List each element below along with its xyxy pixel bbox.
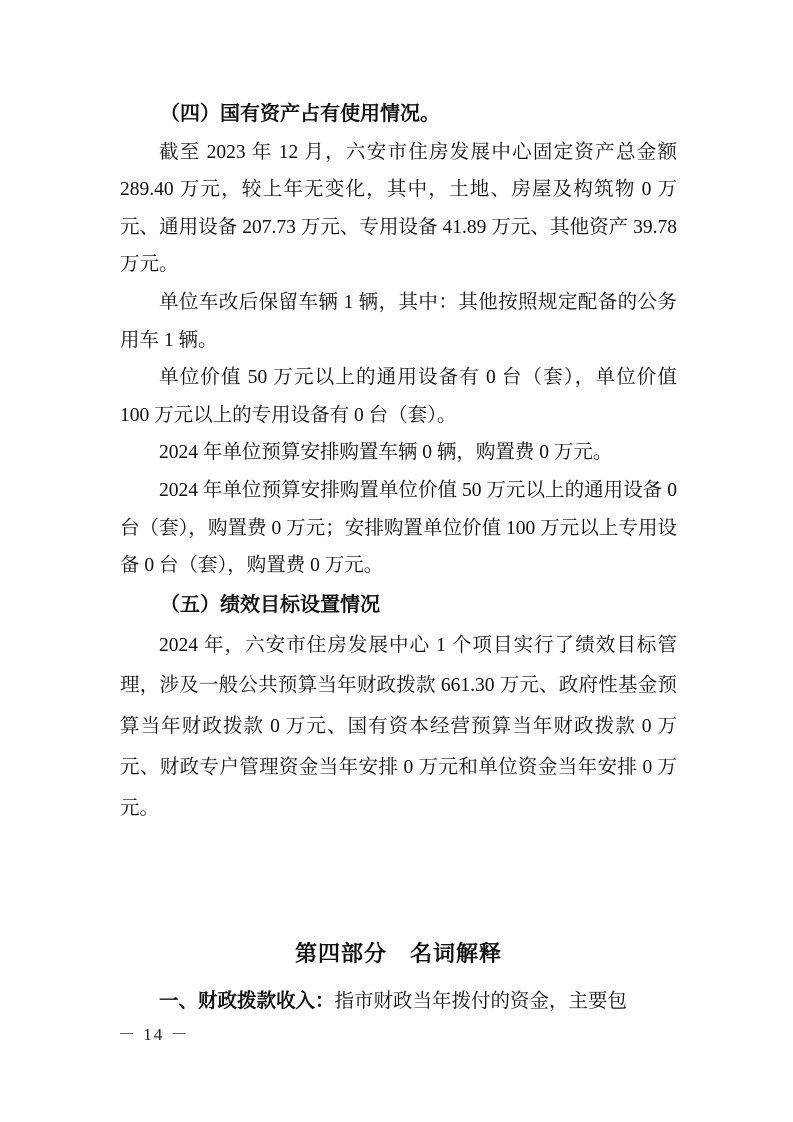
- para-2024-vehicle-purchase-budget: 2024 年单位预算安排购置车辆 0 辆，购置费 0 万元。: [120, 434, 677, 472]
- para-term-definition: 一、财政拨款收入：指市财政当年拨付的资金，主要包: [120, 981, 677, 1022]
- section-performance-targets: （五）绩效目标设置情况 2024 年，六安市住房发展中心 1 个项目实行了绩效目…: [120, 585, 677, 830]
- page-body: （四）国有资产占有使用情况。 截至 2023 年 12 月，六安市住房发展中心固…: [120, 96, 677, 1022]
- section5-heading: （五）绩效目标设置情况: [120, 585, 677, 626]
- para-fixed-assets-total: 截至 2023 年 12 月，六安市住房发展中心固定资产总金额 289.40 万…: [120, 134, 677, 284]
- para-high-value-equipment: 单位价值 50 万元以上的通用设备有 0 台（套），单位价值 100 万元以上的…: [120, 359, 677, 434]
- para-2024-equipment-purchase-budget: 2024 年单位预算安排购置单位价值 50 万元以上的通用设备 0 台（套），购…: [120, 472, 677, 585]
- term-definition-text: 指市财政当年拨付的资金，主要包: [335, 991, 628, 1012]
- section4-heading: （四）国有资产占有使用情况。: [120, 96, 677, 134]
- term-definition-label: 一、财政拨款收入：: [159, 990, 335, 1012]
- page-number: － 14 －: [118, 1020, 190, 1045]
- document-page: （四）国有资产占有使用情况。 截至 2023 年 12 月，六安市住房发展中心固…: [0, 0, 793, 1122]
- para-retained-vehicles: 单位车改后保留车辆 1 辆，其中：其他按照规定配备的公务用车 1 辆。: [120, 284, 677, 359]
- part4-heading: 第四部分 名词解释: [120, 933, 677, 975]
- para-performance-target-management: 2024 年，六安市住房发展中心 1 个项目实行了绩效目标管理，涉及一般公共预算…: [120, 626, 677, 830]
- section-state-assets: （四）国有资产占有使用情况。 截至 2023 年 12 月，六安市住房发展中心固…: [120, 96, 677, 585]
